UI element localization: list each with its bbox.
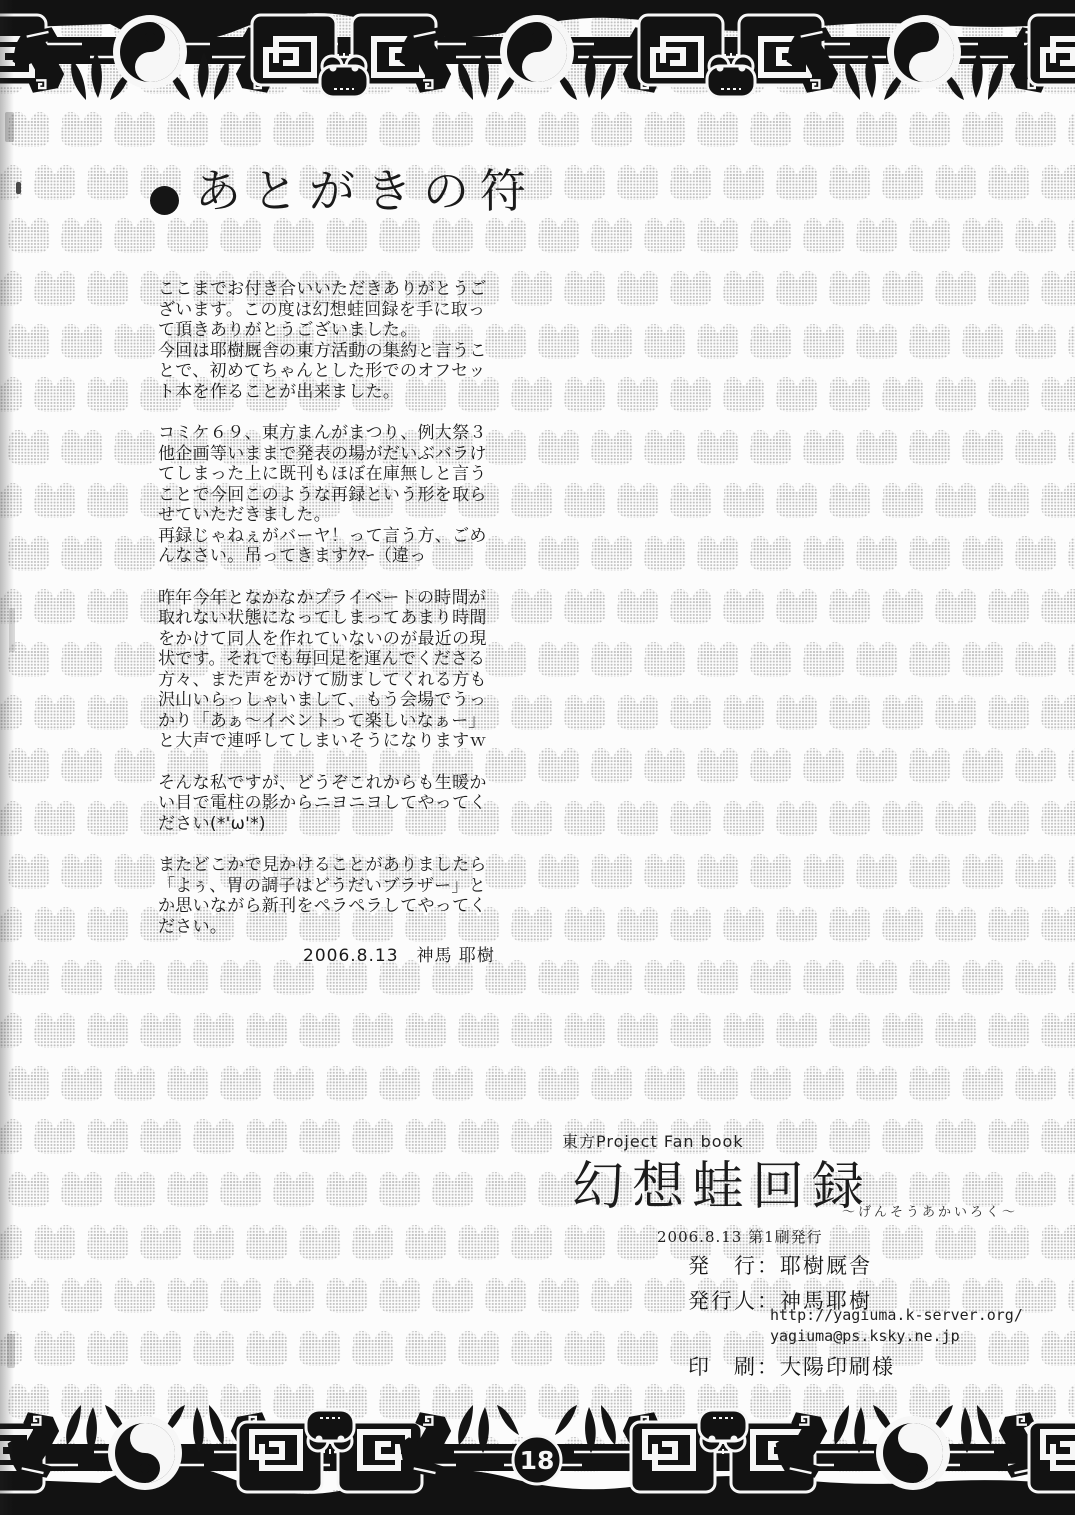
top-border-ornament [0,0,1075,104]
scan-artifact [7,1334,15,1368]
contact-email: yagiuma@ps.ksky.ne.jp [770,1327,960,1345]
publisher-value: 耶樹厩舎 [780,1250,872,1280]
printer-label: 印 刷： [688,1351,780,1381]
publisher-label: 発 行： [688,1250,780,1280]
afterword-paragraph: またどこかで見かけることがありましたら 「よぅ、胃の調子はどうだいブラザー」と … [158,855,522,937]
spiral-square-icon [1029,1410,1075,1492]
printer-value: 大陽印刷様 [780,1351,895,1381]
afterword-paragraph: そんな私ですが、どうぞこれからも生暖か い目で電柱の影からニヨニヨしてやってく … [158,773,522,835]
printer-row: 印 刷： 大陽印刷様 [688,1351,895,1381]
book-title-reading: 〜げんそうあかいろく〜 [842,1201,1018,1220]
frog-icon [238,1410,422,1492]
spiral-square-icon [1029,15,1075,97]
scan-artifact [9,608,15,652]
website-url: http://yagiuma.k-server.org/ [770,1306,1023,1324]
yin-yang-icon [776,1405,1051,1490]
issuer-label: 発行人： [688,1285,780,1315]
scan-artifact [16,182,21,194]
yin-yang-icon [13,15,288,100]
yin-yang-icon [787,15,1062,100]
page-number-badge: 18 [513,1436,561,1484]
afterword-paragraph: コミケ６９、東方まんがまつり、例大祭３ 他企画等いままで発表の場がだいぶバラけ … [158,423,522,567]
publisher-row: 発 行： 耶樹厩舎 [688,1250,872,1280]
page-number: 18 [520,1446,555,1475]
afterword-header: あとがきの符 [150,164,537,219]
bottom-border-ornament: 18 [0,1393,1075,1515]
edition-line: 2006.8.13 第1刷発行 [657,1226,823,1247]
author-signature: 2006.8.13 神馬 耶樹 [303,941,495,966]
afterword-body: ここまでお付き合いいただきありがとうご ざいます。この度は幻想蛙回録を手に取っ … [158,279,522,958]
book-title: 幻想蛙回録 [572,1144,872,1219]
bullet-icon [150,186,179,215]
afterword-paragraph: ここまでお付き合いいただきありがとうご ざいます。この度は幻想蛙回録を手に取っ … [158,279,522,402]
scan-artifact [5,112,14,142]
scanned-doujinshi-page: あとがきの符 ここまでお付き合いいただきありがとうご ざいます。この度は幻想蛙回… [0,0,1075,1515]
afterword-paragraph: 昨年今年となかなかプライベートの時間が 取れない状態になってしまってあまり時間 … [158,588,522,752]
scan-edge-shadow [0,0,14,1515]
afterword-title: あとがきの符 [195,164,537,219]
